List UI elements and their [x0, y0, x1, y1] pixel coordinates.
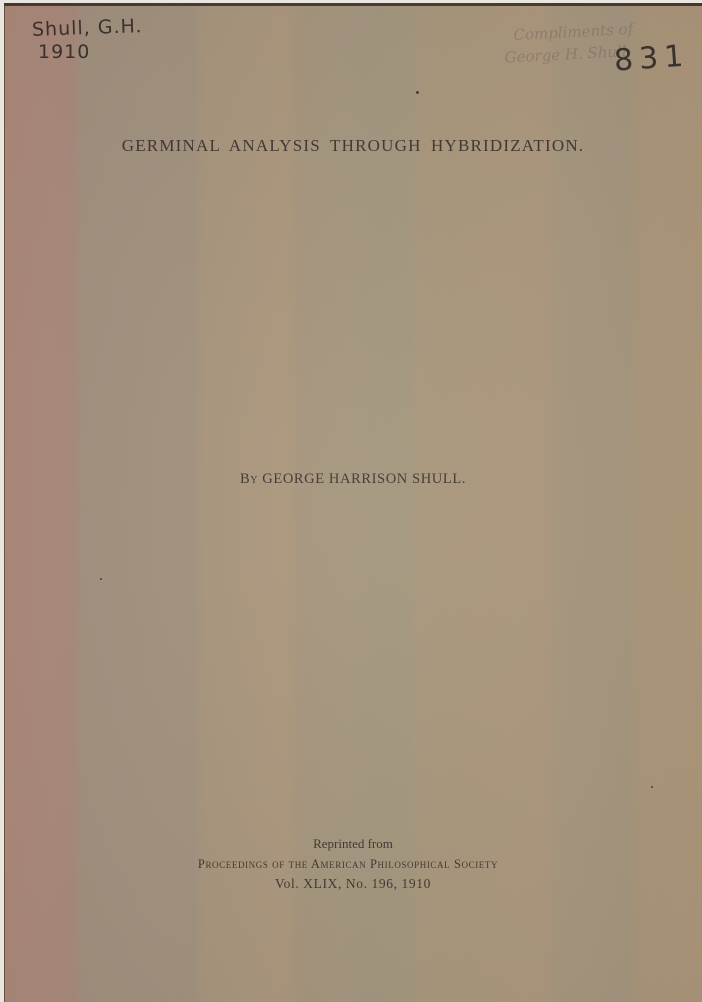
byline-prefix: By: [240, 471, 258, 487]
reprint-label: Reprinted from: [4, 834, 702, 854]
paper-speck: [100, 578, 102, 580]
handwritten-catalog-number: 831: [613, 38, 691, 78]
publication-info: Reprinted from Proceedings of the Americ…: [4, 834, 702, 894]
handwritten-author-note: Shull, G.H.: [32, 15, 143, 41]
author-byline: By GEORGE HARRISON SHULL.: [4, 471, 702, 488]
paper-speck: [651, 786, 653, 788]
author-name: GEORGE HARRISON SHULL.: [262, 471, 466, 487]
document-title: GERMINAL ANALYSIS THROUGH HYBRIDIZATION.: [4, 136, 702, 156]
volume-info: Vol. XLIX, No. 196, 1910: [4, 874, 702, 894]
document-cover: Shull, G.H. 1910 Compliments of George H…: [4, 3, 702, 1002]
publication-name: Proceedings of the American Philosophica…: [0, 854, 702, 874]
paper-speck: [416, 91, 419, 94]
handwritten-year-note: 1910: [38, 41, 90, 63]
